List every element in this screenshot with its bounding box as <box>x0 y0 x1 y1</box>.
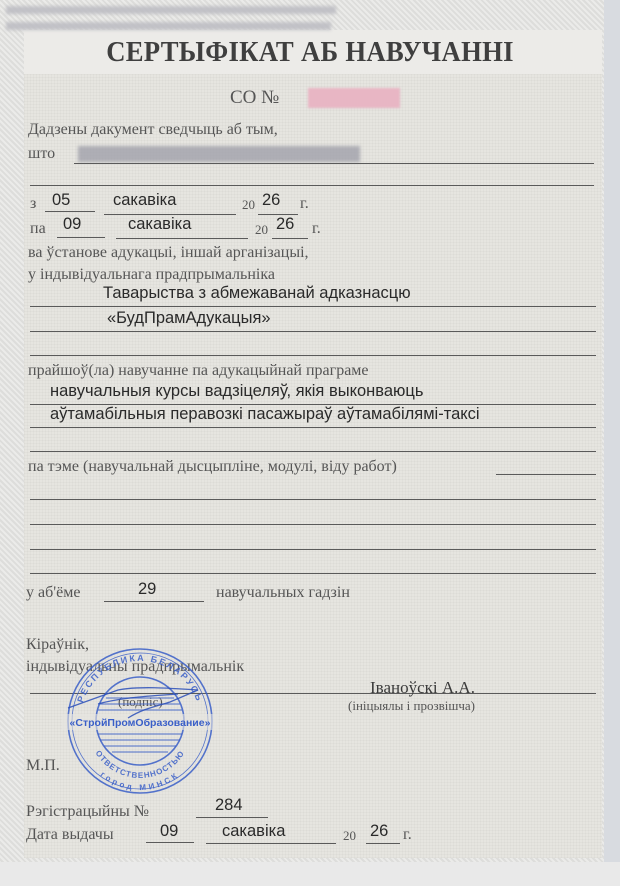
rule <box>45 211 95 212</box>
intro-text: Дадзены дакумент сведчыць аб тым, <box>28 121 278 139</box>
institution-line-2: «БудПрамАдукацыя» <box>107 309 271 328</box>
topic-label: па тэме (навучальнай дысцыпліне, модулі,… <box>28 458 397 476</box>
series-label: СО № <box>230 87 279 109</box>
side-strip <box>604 0 620 886</box>
institution-label-1: ва ўстанове адукацыі, іншай арганізацыі, <box>28 244 309 262</box>
series-number-redacted <box>308 88 400 108</box>
rule <box>146 842 194 843</box>
company-stamp: «СтройПромОбразование» РЕСПУБЛИКА БЕЛАРУ… <box>58 646 222 796</box>
to-year-prefix: 20 <box>255 222 268 238</box>
rule <box>30 451 596 452</box>
rule <box>496 474 596 475</box>
institution-line-1: Таварыства з абмежаванай адказнасцю <box>103 284 411 303</box>
reg-label: Рэгістрацыйны № <box>26 803 149 821</box>
seal-label: М.П. <box>26 757 60 775</box>
from-prefix: з <box>30 195 36 213</box>
to-day: 09 <box>63 215 81 234</box>
rule <box>30 573 596 574</box>
head-name: Іваноўскі А.А. <box>370 678 475 698</box>
redacted-header <box>6 6 336 14</box>
stamp-center-text: «СтройПромОбразование» <box>70 717 211 729</box>
program-label: прайшоў(ла) навучанне па адукацыйнай пра… <box>28 362 369 380</box>
to-suffix: г. <box>312 220 321 238</box>
to-month: сакавіка <box>128 215 191 234</box>
issue-year: 26 <box>370 822 388 841</box>
volume-label: у аб'ёме <box>26 584 80 602</box>
rule <box>196 817 268 818</box>
who-label: што <box>28 145 55 163</box>
rule <box>116 238 248 239</box>
issue-label: Дата выдачы <box>26 826 114 844</box>
rule <box>30 185 594 186</box>
bottom-strip <box>0 862 620 886</box>
rule <box>366 843 400 844</box>
volume-value: 29 <box>138 580 156 599</box>
rule <box>30 499 596 500</box>
program-line-1: навучальныя курсы вадзіцеляў, якія выкон… <box>50 382 423 401</box>
svg-text:РЕСПУБЛИКА БЕЛАРУСЬ: РЕСПУБЛИКА БЕЛАРУСЬ <box>75 653 205 704</box>
rule <box>272 238 308 239</box>
reg-value: 284 <box>215 796 243 815</box>
to-prefix: па <box>30 220 46 238</box>
rule <box>57 237 105 238</box>
certificate-title: СЕРТЫФІКАТ АБ НАВУЧАННІ <box>25 36 595 69</box>
volume-suffix: навучальных гадзін <box>216 584 350 602</box>
rule <box>104 601 204 602</box>
issue-month: сакавіка <box>222 822 285 841</box>
name-caption: (ініцыялы і прозвішча) <box>348 698 475 714</box>
from-year-prefix: 20 <box>242 197 255 213</box>
issue-year-prefix: 20 <box>343 828 356 844</box>
from-month: сакавіка <box>113 191 176 210</box>
rule <box>30 524 596 525</box>
stamp-top-text: РЕСПУБЛИКА БЕЛАРУСЬ <box>75 653 205 704</box>
rule <box>206 843 336 844</box>
who-value-redacted <box>78 146 360 162</box>
institution-label-2: у індывідуальнага прадпрымальніка <box>28 266 275 284</box>
program-line-2: аўтамабільныя перавозкі пасажыраў аўтама… <box>50 405 480 424</box>
rule <box>30 427 596 428</box>
from-suffix: г. <box>300 195 309 213</box>
from-day: 05 <box>52 191 70 210</box>
issue-suffix: г. <box>403 826 412 844</box>
to-year: 26 <box>276 215 294 234</box>
from-year: 26 <box>262 191 280 210</box>
issue-day: 09 <box>160 822 178 841</box>
rule <box>74 163 594 164</box>
redacted-header <box>6 22 331 30</box>
rule <box>30 355 596 356</box>
rule <box>30 331 596 332</box>
rule <box>30 306 596 307</box>
rule <box>30 549 596 550</box>
